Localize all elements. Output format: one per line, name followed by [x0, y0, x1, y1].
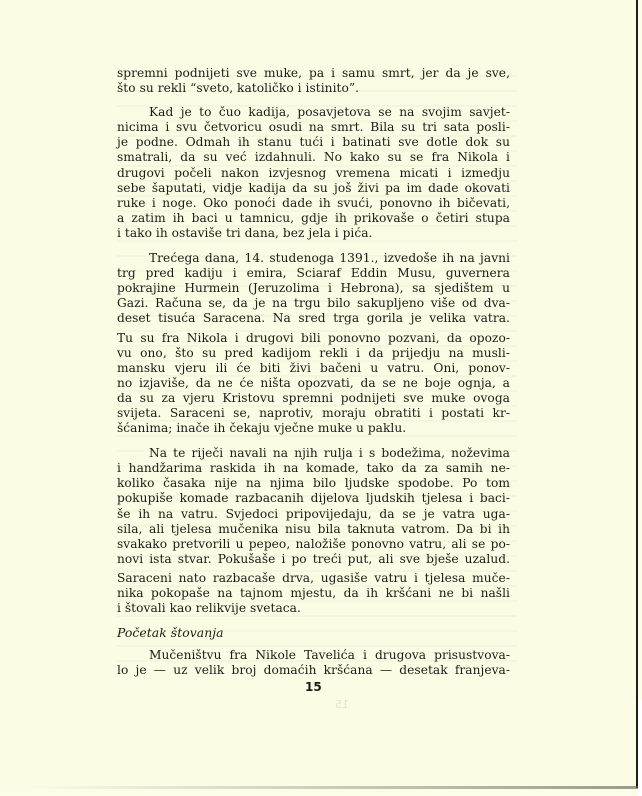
text-line: i štovali kao relikvije svetaca.: [117, 601, 510, 616]
text-line: šćanima; inače ih čekaju vječne muke u p…: [117, 421, 510, 436]
paragraph-1: spremni podnijeti sve muke, pa i samu sm…: [117, 66, 510, 96]
text-line: spremni podnijeti sve muke, pa i samu sm…: [117, 66, 510, 81]
text-line: ruke i noge. Oko ponoći dade ih svući, p…: [117, 196, 510, 211]
section-heading: Početak štovanja: [117, 625, 510, 640]
paragraph-4: Tu su fra Nikola i drugovi bili ponovno …: [117, 331, 510, 437]
text-line: smatrali, da su već izdahnuli. No kako s…: [117, 150, 510, 165]
text-line: no izjaviše, da ne će ništa opozvati, da…: [117, 376, 510, 391]
text-line: svakako pretvorili u pepeo, naložiše pon…: [117, 537, 510, 552]
page-edge-shadow: [30, 786, 638, 789]
text-line: koliko časaka nije na njima bilo ljudske…: [117, 476, 510, 491]
text-line: Tu su fra Nikola i drugovi bili ponovno …: [117, 331, 510, 346]
text-line: sebe šaputati, vidje kadija da su još ži…: [117, 181, 510, 196]
text-line: nicima i svu četvoricu osudi na smrt. Bi…: [117, 120, 510, 135]
text-line: svijeta. Saraceni se, naprotiv, moraju o…: [117, 406, 510, 421]
text-line: pokupiše komade razbacanih dijelova ljud…: [117, 491, 510, 506]
scan-margin: [638, 700, 642, 796]
text-line: nika pokopaše na tajnom mjestu, da ih kr…: [117, 586, 510, 601]
bleed-through-page-number: 15: [335, 698, 349, 711]
text-line: da su za vjeru Kristovu spremni podnijet…: [117, 391, 510, 406]
text-line: Kad je to čuo kadija, posavjetova se na …: [117, 105, 510, 120]
text-line: vu ono, što su pred kadijom rekli i da p…: [117, 346, 510, 361]
paragraph-6: Saraceni nato razbacaše drva, ugasiše va…: [117, 571, 510, 616]
page-number: 15: [305, 680, 322, 694]
paragraph-3: Trećega dana, 14. studenoga 1391., izved…: [117, 251, 510, 326]
text-line: drugovi počeli nakon izvjesnog vremena m…: [117, 166, 510, 181]
paragraph-5: Na te riječi navali na njih rulja i s bo…: [117, 446, 510, 567]
text-line: Mučeništvu fra Nikole Tavelića i drugova…: [117, 648, 510, 663]
book-page: spremni podnijeti sve muke, pa i samu sm…: [0, 0, 638, 788]
text-line: pokrajine Hurmein (Jeruzolima i Hebrona)…: [117, 281, 510, 296]
text-line: i tako ih ostaviše tri dana, bez jela i …: [117, 226, 510, 241]
text-line: Saraceni nato razbacaše drva, ugasiše va…: [117, 571, 510, 586]
text-line: trg pred kadiju i emira, Sciaraf Eddin M…: [117, 266, 510, 281]
text-line: še ih na vatru. Svjedoci pripovijedaju, …: [117, 507, 510, 522]
text-line: i handžarima raskida ih na komade, tako …: [117, 461, 510, 476]
text-line: Gazi. Računa se, da je na trgu bilo saku…: [117, 296, 510, 311]
paragraph-2: Kad je to čuo kadija, posavjetova se na …: [117, 105, 510, 241]
text-line: Na te riječi navali na njih rulja i s bo…: [117, 446, 510, 461]
text-line: je podne. Odmah ih stanu tući i batinati…: [117, 135, 510, 150]
paragraph-7: Mučeništvu fra Nikole Tavelića i drugova…: [117, 648, 510, 678]
text-line: lo je — uz velik broj domaćih kršćana — …: [117, 663, 510, 678]
body-text: spremni podnijeti sve muke, pa i samu sm…: [117, 66, 510, 687]
text-line: a zatim ih baci u tamnicu, gdje ih priko…: [117, 211, 510, 226]
text-line: novi ista stvar. Pokušaše i po treći put…: [117, 552, 510, 567]
text-line: što su rekli “sveto, katoličko i istinit…: [117, 81, 510, 96]
text-line: mansku vjeru ili će biti živi bačeni u v…: [117, 361, 510, 376]
text-line: deset tisuća Saracena. Na sred trga gori…: [117, 311, 510, 326]
text-line: Trećega dana, 14. studenoga 1391., izved…: [117, 251, 510, 266]
text-line: sila, ali tjelesa mučenika nisu bila tak…: [117, 522, 510, 537]
